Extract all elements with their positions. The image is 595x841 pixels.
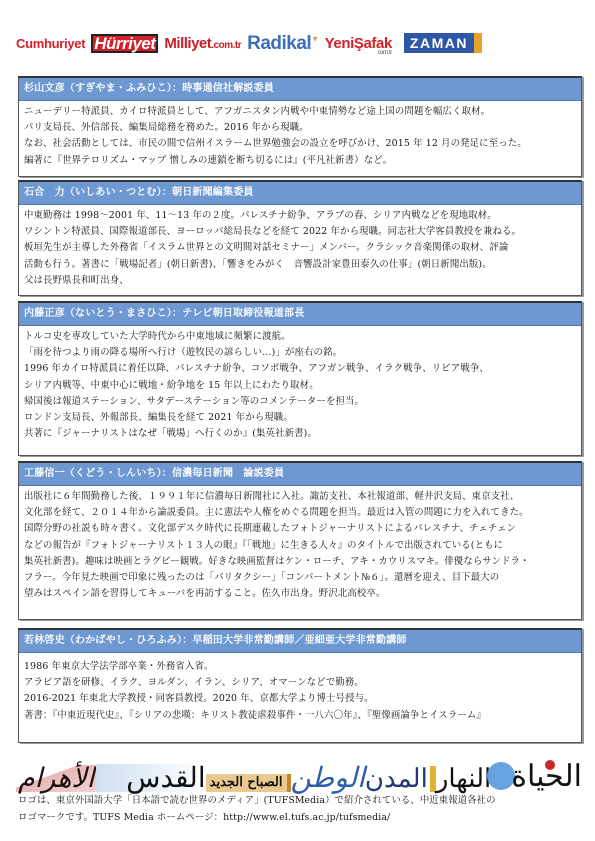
logo-caption: ロゴは、東京外国語大学「日本語で読む世界のメディア」(TUFSMedia）で紹介… [18,793,583,826]
bio-body: 出版社に６年間勤務した後、１９９１年に信濃毎日新聞社に入社。諏訪支社、本社報道部… [19,486,581,602]
bio-line: などの報告が『フォトジャーナリスト１３人の眼』『「戦地」に生きる人々』のタイトル… [24,538,576,554]
logo-milliyet-suffix: .com.tr [211,40,241,51]
bio-line: パリ支局長、外信部長、編集局総務を務めた。2016 年から現職。 [24,120,576,136]
logo-yenisafak: YeniŞafakcom.tr [325,36,392,51]
bio-header: 内藤正彦（ないとう・まさひこ）：テレビ朝日取締役報道部長 [19,303,581,326]
logo-an-nahar: النهار [436,766,511,792]
logo-milliyet: Milliyet.com.tr [164,36,241,51]
bio-body: ニューデリー特派員、カイロ特派員として、アフガニスタン内戦や中東情勢など途上国の… [19,101,581,169]
bio-header: 工藤信一（くどう・しんいち）：信濃毎日新聞 論説委員 [19,463,581,486]
bio-body: 中東勤務は 1998～2001 年、11～13 年の２度。パレスチナ紛争、アラブ… [19,205,581,289]
bio-line: 板垣先生が主導した外務省「イスラム世界との文明間対話セミナー」メンバー。クラシッ… [24,240,576,256]
caption-line-2: ロゴマークです。TUFS Media ホームページ：http://www.el.… [18,810,583,827]
logo-al-watan: الوطن [291,764,365,792]
bio-line: トルコ史を専攻していた大学時代から中東地域に頻繁に渡航。 [24,329,576,345]
bio-line: 共著に『ジャーナリストはなぜ「戦場」へ行くのか』(集英社新書)。 [24,426,576,442]
logo-radikal-name: Radikal [247,33,311,54]
bio-body: トルコ史を専攻していた大学時代から中東地域に頻繁に渡航。 「雨を待つより雨の降る… [19,326,581,442]
logo-radikal: Radikal▼ [247,34,319,53]
bio-line: 1986 年東京大学法学部卒業・外務省入省。 [24,659,576,675]
bio-line: ワシントン特派員、国際報道部長、ヨーロッパ総局長などを経て 2022 年から現職… [24,224,576,240]
bio-line: 活動も行う。著書に「戦場記者」(朝日新書)、「響きをみがく 音響設計家豊田泰久の… [24,257,576,273]
bio-header: 石合 力（いしあい・つとむ）：朝日新聞編集委員 [19,182,581,205]
turkish-newspaper-logos: Cumhuriyet Hürriyet Milliyet.com.tr Radi… [16,30,582,56]
bio-line: 国際分野の社説も時々書く。文化部デスク時代に長期連載したフォトジャーナリストによ… [24,521,576,537]
bio-line: 出版社に６年間勤務した後、１９９１年に信濃毎日新聞社に入社。諏訪支社、本社報道部… [24,489,576,505]
bio-box-naito: 内藤正彦（ないとう・まさひこ）：テレビ朝日取締役報道部長 トルコ史を専攻していた… [18,301,582,456]
radikal-mark-icon: ▼ [311,34,318,43]
logo-al-quds: القدس [96,764,205,792]
bio-line: 文化部を経て、２０１４年から論説委員。主に憲法や人権をめぐる問題を担当。最近は入… [24,505,576,521]
bio-line: ニューデリー特派員、カイロ特派員として、アフガニスタン内戦や中東情勢など途上国の… [24,104,576,120]
bio-header: 若林啓史（わかばやし・ひろふみ）：早稲田大学非常勤講師／亜細亜大学非常勤講師 [19,630,581,653]
logo-al-sabah-al-jadeed: الصباح الجديد [206,774,291,792]
bio-line: ロンドン支局長、外報部長、編集長を経て 2021 年から現職。 [24,410,576,426]
bio-line: シリア内戦等、中東中心に戦地・紛争地を 15 年以上にわたり取材。 [24,378,576,394]
bio-line: 集英社新書)。趣味は映画とラグビー観戦。好きな映画監督はケン・ローチ、アキ・カウ… [24,554,576,570]
bio-box-sugiyama: 杉山文彦（すぎやま・ふみひこ）：時事通信社解説委員 ニューデリー特派員、カイロ特… [18,76,582,177]
bio-line: 中東勤務は 1998～2001 年、11～13 年の２度。パレスチナ紛争、アラブ… [24,208,576,224]
logo-al-mudun: المدن [365,766,436,792]
bio-header: 杉山文彦（すぎやま・ふみひこ）：時事通信社解説委員 [19,78,581,101]
bio-line: アラビア語を研修、イラク、ヨルダン、イラン、シリア、オマーンなどで勤務。 [24,675,576,691]
bio-box-ishiai: 石合 力（いしあい・つとむ）：朝日新聞編集委員 中東勤務は 1998～2001 … [18,180,582,296]
bio-line: 「雨を待つより雨の降る場所へ行け（遊牧民の諺らしい…)」が座右の銘。 [24,345,576,361]
bio-body: 1986 年東京大学法学部卒業・外務省入省。 アラビア語を研修、イラク、ヨルダン… [19,653,581,724]
logo-an-nahar-name: النهار [436,764,491,794]
bio-line: 著書：『中東近現代史』、『シリアの悲嘆：キリスト教徒虐殺事件・一八六〇年』、『聖… [24,708,576,724]
bio-line: フラー。今年見た映画で印象に残ったのは「パリタクシー」「コンパートメント№６」。… [24,570,576,586]
logo-hurriyet: Hürriyet [91,34,158,53]
logo-cumhuriyet: Cumhuriyet [16,37,85,50]
bio-line: 帰国後は報道ステーション、サタデーステーション等のコメンテーターを担当。 [24,394,576,410]
logo-yenisafak-suffix: com.tr [378,50,392,56]
bio-line: 編著に『世界テロリズム・マップ 憎しみの連鎖を断ち切るには』(平凡社新書）など。 [24,153,576,169]
bio-line: 望みはスペイン語を習得してキューバを再訪すること。佐久市出身。野沢北高校卒。 [24,586,576,602]
bio-line: 父は長野県長和町出身、 [24,273,576,289]
bio-line: なお、社会活動としては、市民の間で信州イスラーム世界勉強会の設立を呼びかけ、20… [24,136,576,152]
logo-al-ahram: الأهرام [16,765,96,792]
bio-line: 1996 年カイロ特派員に着任以降、パレスチナ紛争、コソボ戦争、アフガン戦争、イ… [24,361,576,377]
bio-box-wakabayashi: 若林啓史（わかばやし・ひろふみ）：早稲田大学非常勤講師／亜細亜大学非常勤講師 1… [18,628,582,743]
logo-milliyet-name: Milliyet [164,35,211,52]
bio-line: 2016-2021 年東北大学教授・同客員教授。2020 年、京都大学より博士号… [24,691,576,707]
bio-box-kudo: 工藤信一（くどう・しんいち）：信濃毎日新聞 論説委員 出版社に６年間勤務した後、… [18,461,582,620]
logo-al-hayat: الحياة [511,762,582,792]
arabic-newspaper-logos: الأهرام القدس الصباح الجديد الوطن المدن … [16,752,578,792]
logo-zaman: ZAMAN [404,33,482,53]
caption-line-1: ロゴは、東京外国語大学「日本語で読む世界のメディア」(TUFSMedia）で紹介… [18,793,583,810]
